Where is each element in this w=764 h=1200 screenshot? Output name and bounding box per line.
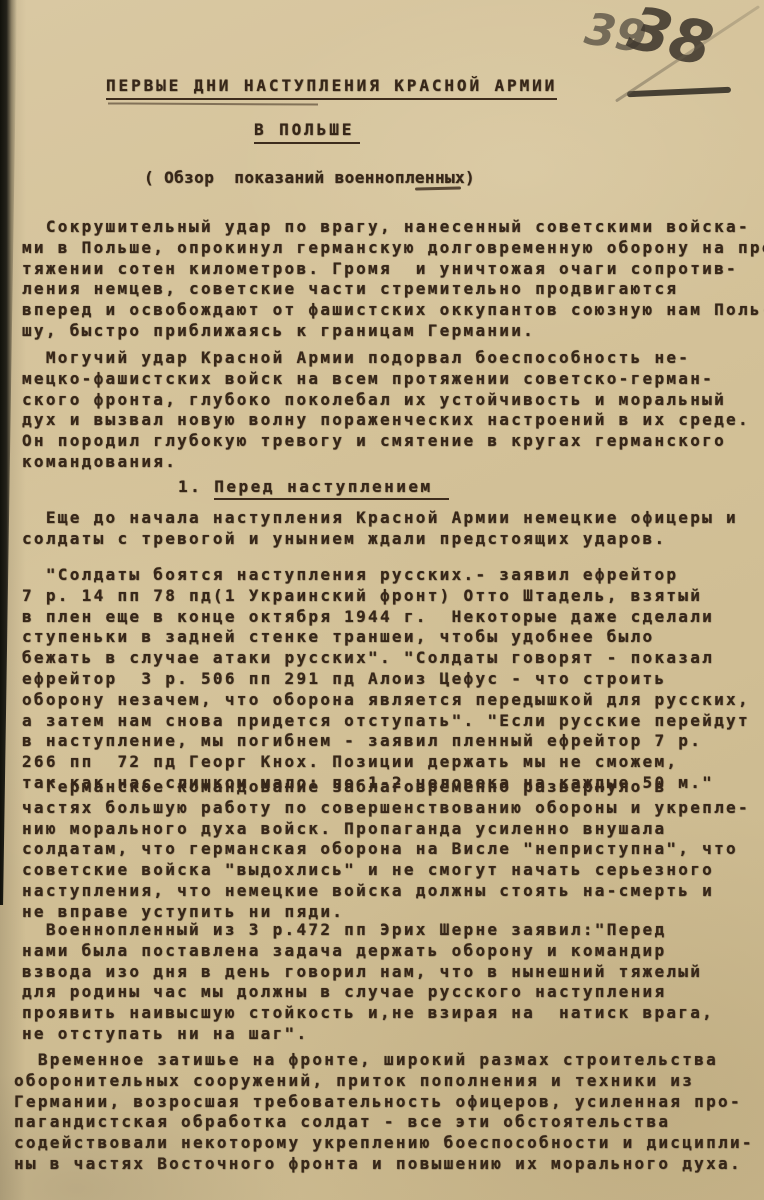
document-subtitle: ( Обзор показаний военнопленных) — [144, 168, 475, 188]
paragraph-7: Временное затишье на фронте, широкий раз… — [14, 1050, 760, 1175]
title-second-underline — [108, 102, 318, 105]
document-title: ПЕРВЫЕ ДНИ НАСТУПЛЕНИЯ КРАСНОЙ АРМИИ — [106, 76, 557, 100]
section-number: 1. — [178, 477, 202, 496]
section-title: Перед наступлением — [214, 477, 448, 500]
typed-correction-strike — [415, 187, 461, 191]
document-title-line2: В ПОЛЬШЕ — [254, 120, 360, 144]
paragraph-2: Могучий удар Красной Армии подорвал боес… — [22, 348, 760, 473]
document-page: 39 38 ПЕРВЫЕ ДНИ НАСТУПЛЕНИЯ КРАСНОЙ АРМ… — [0, 0, 764, 1200]
paragraph-6: Военнопленный из 3 р.472 пп Эрих Шерне з… — [22, 920, 760, 1045]
paragraph-1: Сокрушительный удар по врагу, нанесенный… — [22, 217, 760, 342]
paragraph-5: Германское командование заблаговременно … — [22, 777, 760, 923]
paragraph-4: "Солдаты боятся наступления русских.- за… — [22, 565, 760, 794]
section-heading: 1.Перед наступлением — [178, 477, 449, 497]
paragraph-3: Еще до начала наступления Красной Армии … — [22, 508, 760, 550]
handwritten-underline-stroke — [627, 87, 731, 98]
